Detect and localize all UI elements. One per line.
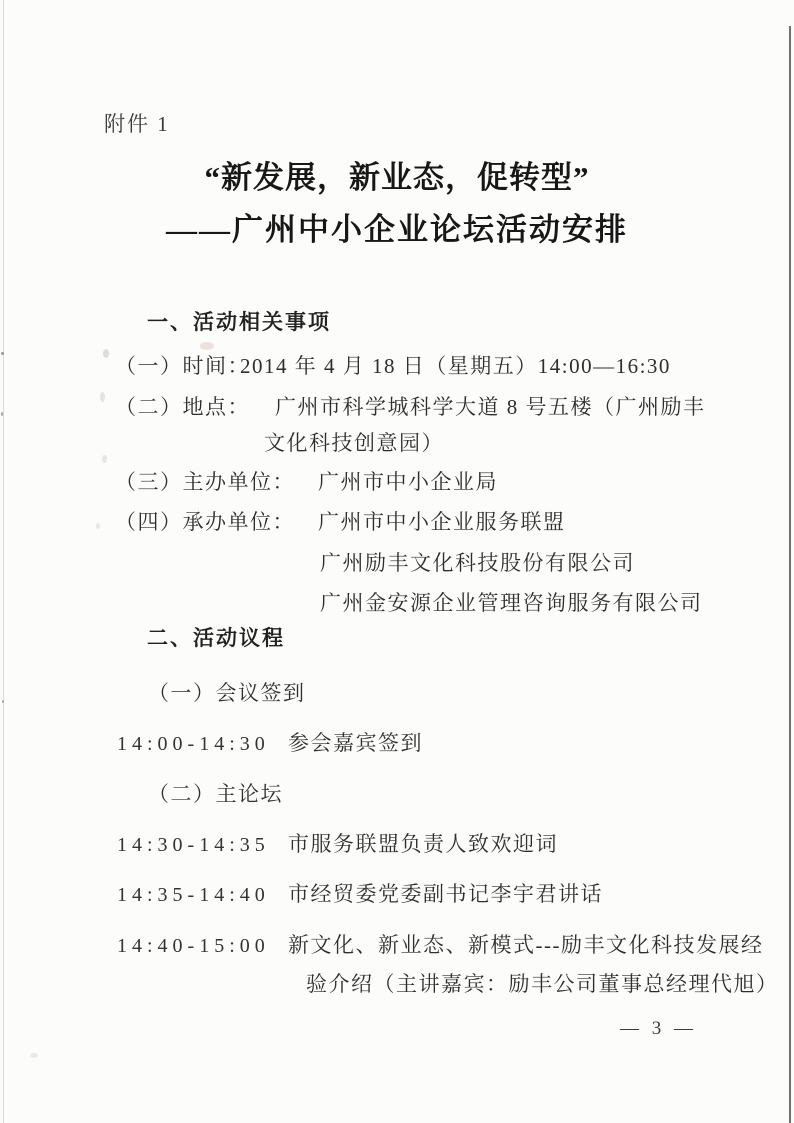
item-organizer-value1: 广州市中小企业服务联盟 <box>318 510 566 534</box>
item-time-label: （一）时间： <box>115 354 240 378</box>
scan-speck <box>100 392 105 402</box>
item-organizer-label: （四）承办单位： <box>115 510 318 534</box>
agenda-row3-desc: 市经贸委党委副书记李宇君讲话 <box>288 882 603 906</box>
section1-item-organizer-value2: 广州励丰文化科技股份有限公司 <box>320 551 635 575</box>
agenda-row1-time: 14:00-14:30 <box>117 733 270 756</box>
agenda-row1-desc: 参会嘉宾签到 <box>288 731 423 755</box>
scan-speck <box>1 352 4 355</box>
item-host-label: （三）主办单位： <box>115 470 318 494</box>
section1-heading: 一、活动相关事项 <box>147 311 331 335</box>
attachment-label: 附件 1 <box>104 112 170 136</box>
section1-item-organizer-value3: 广州金安源企业管理咨询服务有限公司 <box>320 591 703 615</box>
scan-speck <box>1 412 3 416</box>
scan-speck <box>200 342 214 350</box>
agenda-row2-time: 14:30-14:35 <box>117 834 270 857</box>
agenda-row4-desc: 新文化、新业态、新模式---励丰文化科技发展经 <box>288 933 763 957</box>
scan-speck <box>30 1053 38 1058</box>
section1-item-location: （二）地点：广州市科学城科学大道 8 号五楼（广州励丰 <box>115 395 706 419</box>
section1-item-organizer: （四）承办单位：广州市中小企业服务联盟 <box>115 510 566 534</box>
document-title-line1: “新发展，新业态，促转型” <box>0 152 794 197</box>
agenda-row4-time: 14:40-15:00 <box>117 935 270 958</box>
section2-sub1: （一）会议签到 <box>148 681 306 705</box>
section2-heading: 二、活动议程 <box>147 627 285 651</box>
item-host-value: 广州市中小企业局 <box>318 470 498 494</box>
scan-speck <box>2 700 4 703</box>
section1-item-host: （三）主办单位：广州市中小企业局 <box>115 470 498 494</box>
item-time-value: 2014 年 4 月 18 日（星期五）14:00—16:30 <box>240 354 671 378</box>
page-number: — 3 — <box>620 1018 697 1040</box>
scan-speck <box>103 349 109 358</box>
section2-sub2: （二）主论坛 <box>148 782 283 806</box>
scanned-document-page: 附件 1 “新发展，新业态，促转型” ——广州中小企业论坛活动安排 一、活动相关… <box>0 0 794 1123</box>
section1-item-time: （一）时间：2014 年 4 月 18 日（星期五）14:00—16:30 <box>115 354 671 378</box>
agenda-row3-time: 14:35-14:40 <box>117 884 270 907</box>
agenda-row4-desc-cont: 验介绍（主讲嘉宾：励丰公司董事总经理代旭） <box>306 972 779 996</box>
item-location-label: （二）地点： <box>115 395 275 419</box>
scan-speck <box>102 455 107 463</box>
section1-item-location-cont: 文化科技创意园） <box>264 431 444 455</box>
document-title-line2: ——广州中小企业论坛活动安排 <box>0 204 794 249</box>
item-location-value: 广州市科学城科学大道 8 号五楼（广州励丰 <box>275 395 706 419</box>
scan-speck <box>96 523 100 529</box>
agenda-row2-desc: 市服务联盟负责人致欢迎词 <box>288 832 558 856</box>
